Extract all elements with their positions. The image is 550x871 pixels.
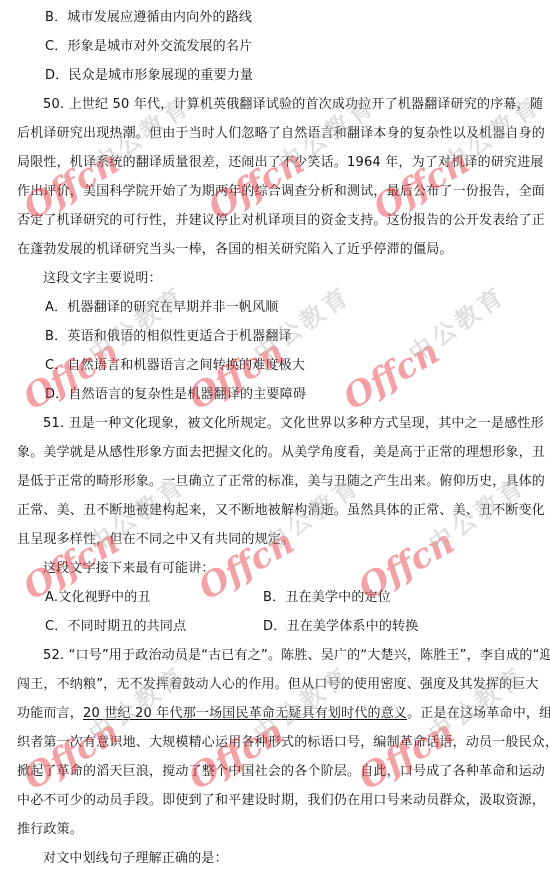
offcn-logo-icon: Offcn bbox=[182, 712, 291, 798]
option-text: 自然语言和机器语言之间转换的难度极大 bbox=[67, 358, 305, 373]
option-letter: A． bbox=[45, 300, 67, 315]
q51-option-b: B．丑在美学中的定位 bbox=[263, 588, 391, 608]
option-text: 形象是城市对外交流发展的名片 bbox=[67, 39, 252, 54]
q52-text: 功能而言， bbox=[17, 706, 83, 721]
q52-underlined-sentence: 20 世纪 20 年代那一场国民革命无疑具有划时代的意义 bbox=[83, 706, 407, 721]
q51-option-c: C．不同时期丑的共同点 bbox=[45, 617, 186, 637]
q50-stem-line: 50. 上世纪 50 年代，计算机英俄翻译试验的首次成功拉开了机器翻译研究的序幕… bbox=[43, 95, 495, 115]
offcn-logo-icon: Offcn bbox=[17, 712, 126, 798]
q52-prompt: 对文中划线句子理解正确的是： bbox=[43, 849, 228, 869]
q52-stem-line: 中必不可少的动员手段。即使到了和平建设时期，我们仍在用口号来动员群众，汲取资源， bbox=[17, 791, 495, 811]
q49-option-c: C．形象是城市对外交流发展的名片 bbox=[45, 37, 252, 57]
q50-option-a: A．机器翻译的研究在早期并非一帆风顺 bbox=[45, 298, 279, 318]
q51-option-d: D．丑在美学体系中的转换 bbox=[263, 617, 418, 637]
option-text: 不同时期丑的共同点 bbox=[67, 619, 186, 634]
option-text: 丑在美学中的定位 bbox=[285, 590, 391, 605]
q52-stem-line: 掀起了革命的滔天巨浪，搅动了整个中国社会的各个阶层。自此，口号成了各种革命和运动 bbox=[17, 762, 495, 782]
q51-stem-line: 象。美学就是从感性形象方面去把握文化的。从美学角度看，美是高于正常的理想形象，丑 bbox=[17, 443, 495, 463]
option-text: 英语和俄语的相似性更适合于机器翻译 bbox=[67, 329, 291, 344]
q52-stem-line: 功能而言，20 世纪 20 年代那一场国民革命无疑具有划时代的意义。正是在这场革… bbox=[17, 704, 495, 724]
q50-stem-line: 否定了机译研究的可行性，并建议停止对机译项目的资金支持。这份报告的公开发表给了正 bbox=[17, 211, 495, 231]
q51-stem-line: 正常、美、丑不断地被建构起来，又不断地被解构消逝。虽然具体的正常、美、丑不断变化 bbox=[17, 501, 495, 521]
q51-option-a: A.文化视野中的丑 bbox=[45, 588, 151, 608]
option-letter: D． bbox=[45, 68, 68, 83]
option-letter: B． bbox=[45, 10, 67, 25]
q51-stem-line: 是低于正常的畸形形象。一旦确立了正常的标准，美与丑随之产生出来。俯仰历史，具体的 bbox=[17, 472, 495, 492]
option-letter: B． bbox=[263, 590, 285, 605]
offcn-logo-icon: Offcn bbox=[337, 332, 446, 418]
q52-stem-line: 52. “口号”用于政治动员是“古已有之”。陈胜、吴广的“大楚兴，陈胜王”，李自… bbox=[43, 646, 495, 666]
option-letter: C． bbox=[45, 358, 67, 373]
q50-option-b: B．英语和俄语的相似性更适合于机器翻译 bbox=[45, 327, 292, 347]
option-text: 机器翻译的研究在早期并非一帆风顺 bbox=[67, 300, 278, 315]
q50-stem-line: 后机译研究出现热潮。但由于当时人们忽略了自然语言和翻译本身的复杂性以及机器自身的 bbox=[17, 124, 495, 144]
q51-stem-line: 且呈现多样性，但在不同之中又有共同的规定。 bbox=[17, 530, 495, 550]
q50-option-c: C．自然语言和机器语言之间转换的难度极大 bbox=[45, 356, 305, 376]
q51-stem-line: 51. 丑是一种文化现象，被文化所规定。文化世界以多种方式呈现，其中之一是感性形 bbox=[43, 414, 495, 434]
option-text: 文化视野中的丑 bbox=[58, 590, 150, 605]
option-letter: C． bbox=[45, 39, 67, 54]
option-text: 城市发展应遵循由内向外的路线 bbox=[67, 10, 252, 25]
offcn-logo-icon: Offcn bbox=[352, 712, 461, 798]
q52-stem-line: 织者第一次有意识地、大规模精心运用各种形式的标语口号，编制革命话语，动员一般民众… bbox=[17, 733, 495, 753]
q49-option-b: B．城市发展应遵循由内向外的路线 bbox=[45, 8, 252, 28]
option-letter: A. bbox=[45, 590, 58, 605]
q50-stem-line: 作出评价，美国科学院开始了为期两年的综合调查分析和测试，最后公布了一份报告，全面 bbox=[17, 182, 495, 202]
q50-option-d: D．自然语言的复杂性是机器翻译的主要障碍 bbox=[45, 385, 306, 405]
q52-stem-line: 推行政策。 bbox=[17, 820, 495, 840]
q49-option-d: D．民众是城市形象展现的重要力量 bbox=[45, 66, 253, 86]
q50-stem-line: 在蓬勃发展的机译研究当头一棒，各国的相关研究陷入了近乎停滞的僵局。 bbox=[17, 240, 495, 260]
option-text: 民众是城市形象展现的重要力量 bbox=[68, 68, 253, 83]
q50-stem-line: 局限性，机译系统的翻译质量很差，还闹出了不少笑话。1964 年，为了对机译的研究… bbox=[17, 153, 495, 173]
option-letter: C． bbox=[45, 619, 67, 634]
q52-text: 。正是在这场革命中，组 bbox=[407, 706, 550, 721]
option-letter: D． bbox=[263, 619, 286, 634]
option-text: 自然语言的复杂性是机器翻译的主要障碍 bbox=[68, 387, 306, 402]
q52-stem-line: 闯王，不纳粮”，无不发挥着鼓动人心的作用。但从口号的使用密度、强度及其发挥的巨大 bbox=[17, 675, 495, 695]
watermark-brand: 中公教育 bbox=[400, 276, 512, 369]
q50-prompt: 这段文字主要说明： bbox=[43, 269, 162, 289]
option-letter: B． bbox=[45, 329, 67, 344]
option-letter: D． bbox=[45, 387, 68, 402]
option-text: 丑在美学体系中的转换 bbox=[286, 619, 418, 634]
q51-prompt: 这段文字接下来最有可能讲： bbox=[43, 559, 215, 579]
